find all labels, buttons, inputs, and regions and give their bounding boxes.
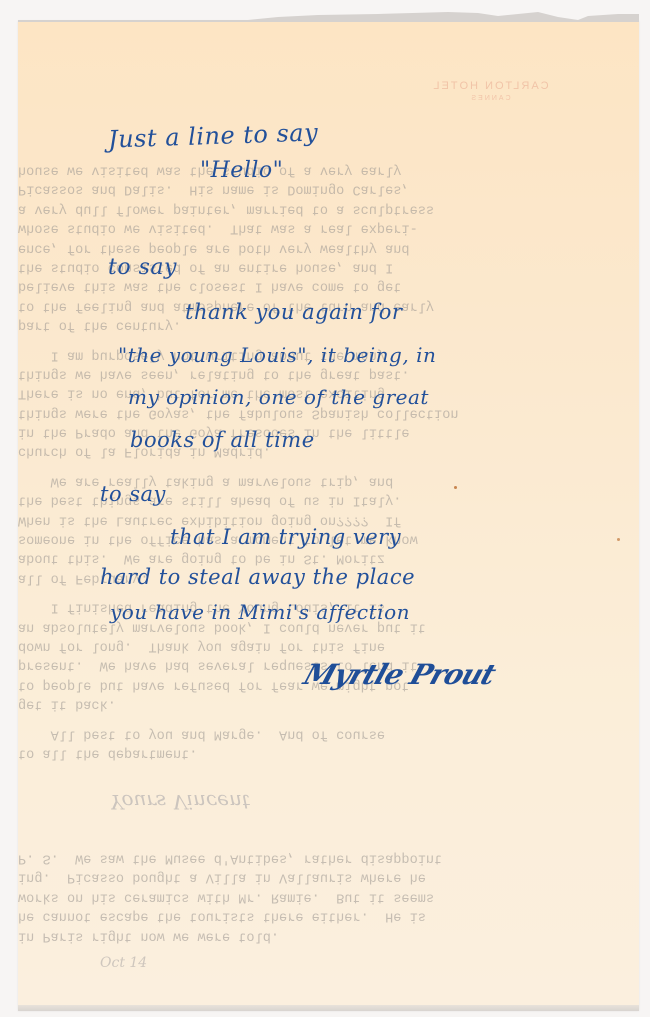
handwritten-line: hard to steal away the place (100, 565, 415, 589)
typed-line: whose studio we visited. That was a real… (18, 218, 648, 237)
ps-line: works on his ceramics with Mr. Ramie. Bu… (18, 887, 648, 906)
handwritten-line: "Hello" (200, 158, 283, 183)
handwritten-line: to say (100, 482, 166, 506)
torn-top-edge (18, 8, 639, 22)
typed-line: get it back. (18, 694, 648, 713)
bottom-edge (18, 1005, 639, 1011)
handwritten-line: my opinion, one of the great (128, 385, 429, 409)
letterhead-name: CARLTON HOTEL (405, 80, 575, 92)
handwritten-line: that I am trying very (170, 525, 401, 549)
handwritten-line: to say (108, 255, 177, 280)
handwritten-line: "the young Louis", it being, in (118, 343, 436, 367)
typed-postscript: P. S. We saw the Musee d'Antibes, rather… (18, 848, 648, 945)
typed-line: house we visited was the studio of a ver… (18, 160, 648, 179)
typed-line: in the Prado and the Goya frescoes in th… (18, 422, 648, 441)
ps-line: in Paris right now we were told. (18, 926, 648, 945)
ps-line: P. S. We saw the Musee d'Antibes, rather… (18, 848, 648, 867)
handwritten-line: books of all time (130, 428, 315, 452)
letterhead-city: CANNES (405, 95, 575, 102)
handwritten-line: thank you again for (185, 300, 402, 324)
faint-date-mark: Oct 14 (100, 955, 147, 971)
typed-line: a very dull flower painter, married to a… (18, 199, 648, 218)
faint-closing-signature: Yours Vincent (110, 790, 250, 814)
typed-line: church of la Florida in Madrid. (18, 441, 648, 460)
typed-line: to all the department. (18, 743, 648, 762)
typed-line: down for long. Thank you again for this … (18, 636, 648, 655)
letterhead: CARLTON HOTEL CANNES (405, 80, 575, 102)
typed-line: Picassos and Dalis. His name is Domingo … (18, 179, 648, 198)
ps-line: ing. Picasso bought a Villa in Vallauris… (18, 867, 648, 886)
handwritten-signature: Myrtle Prout (300, 658, 500, 691)
paper-speck (617, 538, 620, 541)
ps-line: he cannot escape the tourists there eith… (18, 906, 648, 925)
paper-speck (454, 486, 457, 489)
typed-line: All best to you and Marge. And of course (18, 724, 648, 743)
handwritten-line: you have in Mimi's affection (110, 600, 410, 624)
